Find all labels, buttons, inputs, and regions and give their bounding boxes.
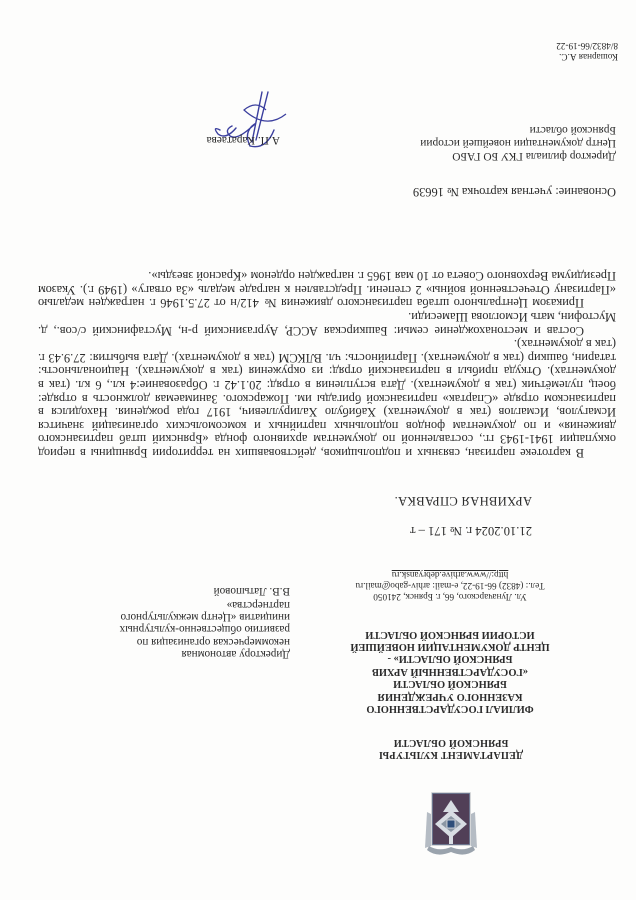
recipient-line: развитию общественно-культурных — [90, 623, 290, 635]
organization-line: ЦЕНТР ДОКУМЕНТАЦИИ НОВЕЙШЕЙ — [340, 640, 560, 652]
organization-line: ФИЛИАЛ ГОСУДАРСТВЕННОГО — [340, 702, 560, 714]
recipient-name: В.В. Латыповой — [90, 584, 290, 596]
recipient-line: Директору автономная — [90, 648, 290, 660]
archive-certificate-page: ДЕПАРТАМЕНТ КУЛЬТУРЫ БРЯНСКОЙ ОБЛАСТИ ФИ… — [0, 0, 636, 900]
executor-phone: 8/4832/66-19-22 — [556, 41, 618, 52]
website-link[interactable]: http://www.arhive.debryansk.ru — [340, 570, 560, 581]
phone-email: Тел.: (4832) 66-19-22, e-mail: arhiv-gab… — [340, 580, 560, 591]
position-line: Центр документации новейшей истории — [336, 136, 616, 149]
date-and-number: 21.10.2024 г. № 171 – т — [410, 523, 532, 538]
basis-reference: Основание: учетная карточка № 16639 — [413, 184, 616, 199]
recipient-line: партнерства» — [90, 599, 290, 611]
director-position: Директор филиала ГКУ БО ГАБО Центр докум… — [336, 123, 616, 162]
certificate-body: В картотеке партизан, связных и подпольщ… — [38, 269, 616, 459]
recipient-line: инициатив «Центр межкультурного — [90, 611, 290, 623]
position-line: Брянской области — [336, 123, 616, 136]
position-line: Директор филиала ГКУ БО ГАБО — [336, 149, 616, 162]
handwritten-signature-icon — [206, 90, 296, 170]
letterhead-contacts: Ул. Луначарского, 66, г. Брянск, 241050 … — [340, 570, 560, 602]
body-paragraph: Состав и местонахождение семьи: Башкирск… — [38, 309, 616, 336]
department-line: БРЯНСКОЙ ОБЛАСТИ — [362, 736, 540, 748]
executor-block: Кошарная А.С. 8/4832/66-19-22 — [556, 41, 618, 62]
organization-line: БРЯНСКОЙ ОБЛАСТИ — [340, 677, 560, 689]
document-title: АРХИВНАЯ СПРАВКА. — [394, 493, 532, 508]
organization-line: «ГОСУДАРСТВЕННЫЙ АРХИВ — [340, 664, 560, 676]
executor-name: Кошарная А.С. — [556, 51, 618, 62]
department-line: ДЕПАРТАМЕНТ КУЛЬТУРЫ — [362, 748, 540, 760]
organization-line: БРЯНСКОЙ ОБЛАСТИ» - — [340, 652, 560, 664]
body-paragraph: Приказом Центрального штаба партизанског… — [38, 269, 616, 310]
recipient-block: Директору автономная некоммерческая орга… — [90, 584, 290, 660]
organization-line: ИСТОРИИ БРЯНСКОЙ ОБЛАСТИ — [340, 627, 560, 639]
signer-name: А.П. Каратаева — [207, 134, 280, 146]
bryansk-region-emblem-icon — [423, 788, 479, 860]
organization-line: КАЗЕННОГО УЧРЕЖДЕНИЯ — [340, 689, 560, 701]
organization-header: ФИЛИАЛ ГОСУДАРСТВЕННОГО КАЗЕННОГО УЧРЕЖД… — [340, 627, 560, 714]
recipient-line: некоммерческая организация по — [90, 635, 290, 647]
body-paragraph: В картотеке партизан, связных и подпольщ… — [38, 337, 616, 459]
postal-address: Ул. Луначарского, 66, г. Брянск, 241050 — [340, 591, 560, 602]
department-header: ДЕПАРТАМЕНТ КУЛЬТУРЫ БРЯНСКОЙ ОБЛАСТИ — [362, 736, 540, 760]
